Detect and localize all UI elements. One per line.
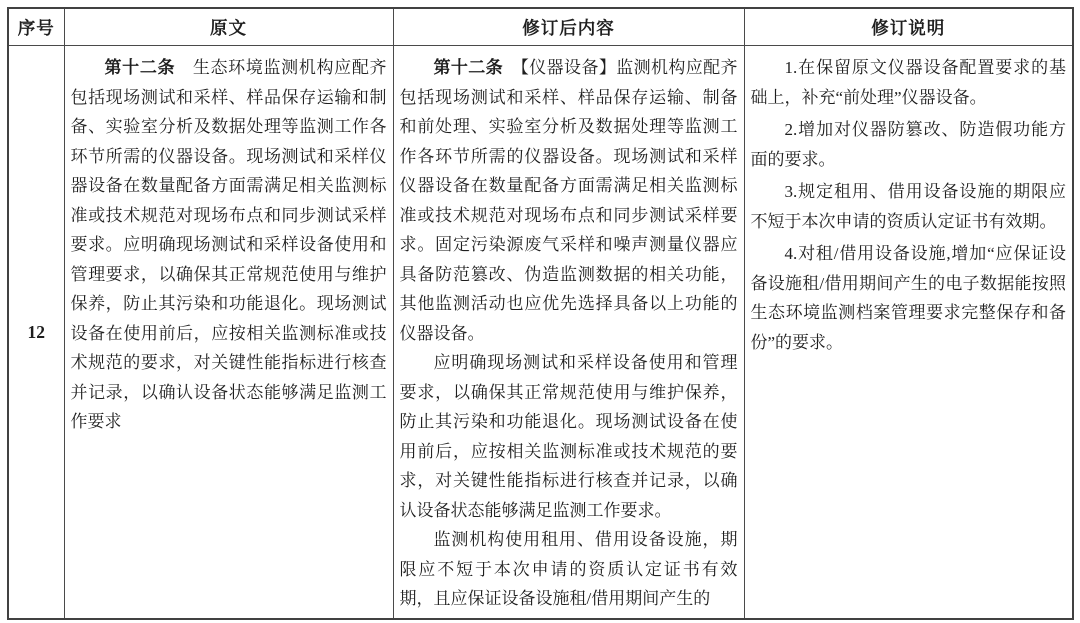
revised-paragraph-3: 监测机构使用租用、借用设备设施，期限应不短于本次申请的资质认定证书有效期，且应保… [400,525,738,614]
revision-note-3: 3.规定租用、借用设备设施的期限应不短于本次申请的资质认定证书有效期。 [751,177,1067,236]
revised-paragraph-1: 第十二条 【仪器设备】监测机构应配齐包括现场测试和采样、样品保存运输、制备和前处… [400,53,738,348]
article-lead-original: 第十二条 [105,58,176,77]
row-serial-number: 12 [8,46,64,620]
original-text-cell: 第十二条 生态环境监测机构应配齐包括现场测试和采样、样品保存运输和制备、实验室分… [64,46,393,620]
column-header-revised-content: 修订后内容 [393,8,744,46]
original-paragraph: 第十二条 生态环境监测机构应配齐包括现场测试和采样、样品保存运输和制备、实验室分… [71,53,387,437]
revision-note-2: 2.增加对仪器防篡改、防造假功能方面的要求。 [751,115,1067,174]
revised-paragraph-1-text: 【仪器设备】监测机构应配齐包括现场测试和采样、样品保存运输、制备和前处理、实验室… [400,58,738,343]
revised-paragraph-2: 应明确现场测试和采样设备使用和管理要求，以确保其正常规范使用与维护保养，防止其污… [400,348,738,525]
revision-comparison-table: 序号 原文 修订后内容 修订说明 12 第十二条 生态环境监测机构应配齐包括现场… [7,7,1074,620]
revision-notes-cell: 1.在保留原文仪器设备配置要求的基础上，补充“前处理”仪器设备。 2.增加对仪器… [744,46,1073,620]
article-lead-revised: 第十二条 [434,58,504,77]
column-header-revision-notes: 修订说明 [744,8,1073,46]
table-header-row: 序号 原文 修订后内容 修订说明 [8,8,1073,46]
table-row: 12 第十二条 生态环境监测机构应配齐包括现场测试和采样、样品保存运输和制备、实… [8,46,1073,620]
revision-note-1: 1.在保留原文仪器设备配置要求的基础上，补充“前处理”仪器设备。 [751,53,1067,112]
original-body-text: 生态环境监测机构应配齐包括现场测试和采样、样品保存运输和制备、实验室分析及数据处… [71,58,387,431]
column-header-original-text: 原文 [64,8,393,46]
column-header-serial-number: 序号 [8,8,64,46]
revised-content-cell: 第十二条 【仪器设备】监测机构应配齐包括现场测试和采样、样品保存运输、制备和前处… [393,46,744,620]
revision-note-4: 4.对租/借用设备设施,增加“应保证设备设施租/借用期间产生的电子数据能按照生态… [751,239,1067,357]
